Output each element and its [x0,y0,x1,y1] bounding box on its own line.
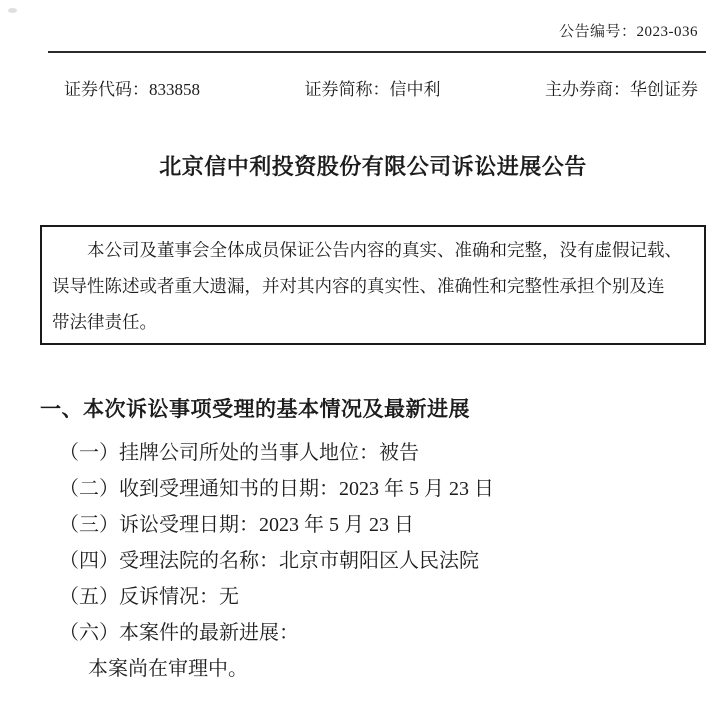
scan-artifact [8,8,17,13]
list-item-6: （六）本案件的最新进展： [40,615,706,651]
disclaimer-line-3: 带法律责任。 [52,304,694,340]
list-item-3: （三）诉讼受理日期：2023 年 5 月 23 日 [40,507,706,543]
disclaimer-line-1: 本公司及董事会全体成员保证公告内容的真实、准确和完整，没有虚假记载、 [52,232,694,268]
section-heading: 一、本次诉讼事项受理的基本情况及最新进展 [40,393,706,423]
list-item-2: （二）收到受理通知书的日期：2023 年 5 月 23 日 [40,471,706,507]
sponsor-broker: 主办券商：华创证券 [545,75,698,100]
header-divider [48,51,706,53]
disclaimer-line-2: 误导性陈述或者重大遗漏，并对其内容的真实性、准确性和完整性承担个别及连 [52,268,694,304]
list-item-4: （四）受理法院的名称：北京市朝阳区人民法院 [40,543,706,579]
stock-code: 证券代码：833858 [64,75,200,100]
list-item-1: （一）挂牌公司所处的当事人地位：被告 [40,435,706,471]
progress-note: 本案尚在审理中。 [40,651,706,687]
page-title: 北京信中利投资股份有限公司诉讼进展公告 [40,150,706,181]
securities-info-row: 证券代码：833858 证券简称：信中利 主办券商：华创证券 [64,75,698,100]
list-item-5: （五）反诉情况：无 [40,579,706,615]
disclaimer-box: 本公司及董事会全体成员保证公告内容的真实、准确和完整，没有虚假记载、 误导性陈述… [40,225,706,345]
document-page: 公告编号：2023-036 证券代码：833858 证券简称：信中利 主办券商：… [0,0,728,706]
announcement-number: 公告编号：2023-036 [40,0,706,41]
list-items: （一）挂牌公司所处的当事人地位：被告 （二）收到受理通知书的日期：2023 年 … [40,435,706,687]
stock-short-name: 证券简称：信中利 [305,75,441,100]
